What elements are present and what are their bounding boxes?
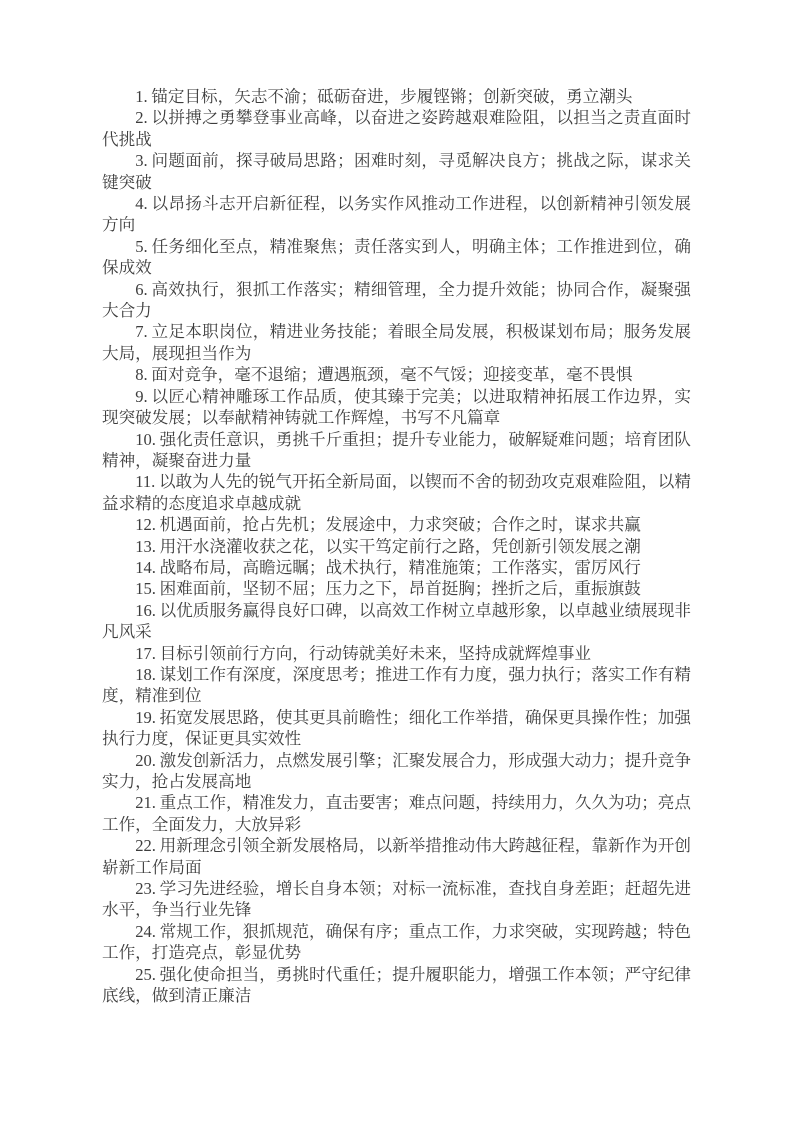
item-number: 11. xyxy=(135,472,155,491)
list-item: 16.以优质服务赢得良好口碑，以高效工作树立卓越形象，以卓越业绩展现非凡风采 xyxy=(102,600,691,643)
item-number: 18. xyxy=(135,665,156,684)
item-text: 以昂扬斗志开启新征程，以务实作风推动工作进程，以创新精神引领发展方向 xyxy=(102,194,691,234)
item-number: 3. xyxy=(135,151,147,170)
list-item: 14.战略布局，高瞻远瞩；战术执行，精准施策；工作落实，雷厉风行 xyxy=(102,557,691,578)
item-text: 战略布局，高瞻远瞩；战术执行，精准施策；工作落实，雷厉风行 xyxy=(160,558,641,577)
item-text: 目标引领前行方向，行动铸就美好未来，坚持成就辉煌事业 xyxy=(160,644,591,663)
list-item: 9.以匠心精神雕琢工作品质，使其臻于完美；以进取精神拓展工作边界，实现突破发展；… xyxy=(102,386,691,429)
item-text: 困难面前，坚韧不屈；压力之下，昂首挺胸；挫折之后，重振旗鼓 xyxy=(160,579,641,598)
item-text: 机遇面前，抢占先机；发展途中，力求突破；合作之时，谋求共赢 xyxy=(160,515,641,534)
item-number: 5. xyxy=(135,237,147,256)
list-item: 1.锚定目标，矢志不渝；砥砺奋进，步履铿锵；创新突破，勇立潮头 xyxy=(102,86,691,107)
item-text: 谋划工作有深度，深度思考；推进工作有力度，强力执行；落实工作有精度，精准到位 xyxy=(102,665,691,705)
item-text: 锚定目标，矢志不渝；砥砺奋进，步履铿锵；创新突破，勇立潮头 xyxy=(151,87,632,106)
item-text: 学习先进经验，增长自身本领；对标一流标准，查找自身差距；赶超先进水平，争当行业先… xyxy=(102,879,691,919)
item-text: 高效执行，狠抓工作落实；精细管理，全力提升效能；协同合作，凝聚强大合力 xyxy=(102,280,691,320)
item-number: 1. xyxy=(135,87,147,106)
item-text: 用新理念引领全新发展格局，以新举措推动伟大跨越征程，靠新作为开创崭新工作局面 xyxy=(102,836,691,876)
item-number: 10. xyxy=(135,430,156,449)
item-text: 以拼搏之勇攀登事业高峰，以奋进之姿跨越艰难险阻，以担当之责直面时代挑战 xyxy=(102,108,691,148)
item-text: 立足本职岗位，精进业务技能；着眼全局发展，积极谋划布局；服务发展大局，展现担当作… xyxy=(102,322,691,362)
item-number: 15. xyxy=(135,579,156,598)
list-item: 3.问题面前，探寻破局思路；困难时刻，寻觅解决良方；挑战之际，谋求关键突破 xyxy=(102,150,691,193)
item-number: 14. xyxy=(135,558,156,577)
item-number: 23. xyxy=(135,879,156,898)
list-item: 15.困难面前，坚韧不屈；压力之下，昂首挺胸；挫折之后，重振旗鼓 xyxy=(102,578,691,599)
item-number: 22. xyxy=(135,836,156,855)
item-number: 19. xyxy=(135,708,156,727)
item-text: 拓宽发展思路，使其更具前瞻性；细化工作举措，确保更具操作性；加强执行力度，保证更… xyxy=(102,708,691,748)
item-text: 面对竞争，毫不退缩；遭遇瓶颈，毫不气馁；迎接变革，毫不畏惧 xyxy=(151,365,632,384)
item-text: 问题面前，探寻破局思路；困难时刻，寻觅解决良方；挑战之际，谋求关键突破 xyxy=(102,151,691,191)
list-item: 6.高效执行，狠抓工作落实；精细管理，全力提升效能；协同合作，凝聚强大合力 xyxy=(102,279,691,322)
item-number: 7. xyxy=(135,322,147,341)
item-text: 以匠心精神雕琢工作品质，使其臻于完美；以进取精神拓展工作边界，实现突破发展；以奉… xyxy=(102,387,691,427)
list-item: 5.任务细化至点，精准聚焦；责任落实到人，明确主体；工作推进到位，确保成效 xyxy=(102,236,691,279)
list-item: 4.以昂扬斗志开启新征程，以务实作风推动工作进程，以创新精神引领发展方向 xyxy=(102,193,691,236)
list-item: 12.机遇面前，抢占先机；发展途中，力求突破；合作之时，谋求共赢 xyxy=(102,514,691,535)
item-number: 16. xyxy=(135,601,156,620)
item-text: 常规工作，狠抓规范，确保有序；重点工作，力求突破，实现跨越；特色工作，打造亮点，… xyxy=(102,922,691,962)
item-number: 4. xyxy=(135,194,147,213)
list-item: 10.强化责任意识，勇挑千斤重担；提升专业能力，破解疑难问题；培育团队精神，凝聚… xyxy=(102,429,691,472)
item-text: 以优质服务赢得良好口碑，以高效工作树立卓越形象，以卓越业绩展现非凡风采 xyxy=(102,601,691,641)
list-item: 25.强化使命担当，勇挑时代重任；提升履职能力，增强工作本领；严守纪律底线，做到… xyxy=(102,964,691,1007)
item-number: 21. xyxy=(135,793,156,812)
list-item: 18.谋划工作有深度，深度思考；推进工作有力度，强力执行；落实工作有精度，精准到… xyxy=(102,664,691,707)
list-item: 7.立足本职岗位，精进业务技能；着眼全局发展，积极谋划布局；服务发展大局，展现担… xyxy=(102,321,691,364)
list-item: 8.面对竞争，毫不退缩；遭遇瓶颈，毫不气馁；迎接变革，毫不畏惧 xyxy=(102,364,691,385)
list-item: 23.学习先进经验，增长自身本领；对标一流标准，查找自身差距；赶超先进水平，争当… xyxy=(102,878,691,921)
item-number: 2. xyxy=(135,108,147,127)
list-item: 13.用汗水浇灌收获之花，以实干笃定前行之路，凭创新引领发展之潮 xyxy=(102,536,691,557)
item-number: 24. xyxy=(135,922,156,941)
item-number: 17. xyxy=(135,644,156,663)
item-number: 12. xyxy=(135,515,156,534)
list-item: 11.以敢为人先的锐气开拓全新局面，以锲而不舍的韧劲攻克艰难险阻，以精益求精的态… xyxy=(102,471,691,514)
item-text: 任务细化至点，精准聚焦；责任落实到人，明确主体；工作推进到位，确保成效 xyxy=(102,237,691,277)
item-text: 强化责任意识，勇挑千斤重担；提升专业能力，破解疑难问题；培育团队精神，凝聚奋进力… xyxy=(102,430,691,470)
item-number: 9. xyxy=(135,387,147,406)
item-number: 13. xyxy=(135,537,156,556)
list-item: 24.常规工作，狠抓规范，确保有序；重点工作，力求突破，实现跨越；特色工作，打造… xyxy=(102,921,691,964)
list-item: 17.目标引领前行方向，行动铸就美好未来，坚持成就辉煌事业 xyxy=(102,643,691,664)
item-number: 20. xyxy=(135,751,156,770)
item-text: 用汗水浇灌收获之花，以实干笃定前行之路，凭创新引领发展之潮 xyxy=(160,537,641,556)
item-text: 强化使命担当，勇挑时代重任；提升履职能力，增强工作本领；严守纪律底线，做到清正廉… xyxy=(102,965,691,1005)
list-item: 2.以拼搏之勇攀登事业高峰，以奋进之姿跨越艰难险阻，以担当之责直面时代挑战 xyxy=(102,107,691,150)
list-item: 19.拓宽发展思路，使其更具前瞻性；细化工作举措，确保更具操作性；加强执行力度，… xyxy=(102,707,691,750)
item-number: 6. xyxy=(135,280,147,299)
list-item: 20.激发创新活力，点燃发展引擎；汇聚发展合力，形成强大动力；提升竞争实力，抢占… xyxy=(102,750,691,793)
list-item: 21.重点工作，精准发力，直击要害；难点问题，持续用力，久久为功；亮点工作，全面… xyxy=(102,792,691,835)
document-page: 1.锚定目标，矢志不渝；砥砺奋进，步履铿锵；创新突破，勇立潮头 2.以拼搏之勇攀… xyxy=(0,0,793,1122)
item-text: 重点工作，精准发力，直击要害；难点问题，持续用力，久久为功；亮点工作，全面发力，… xyxy=(102,793,691,833)
list-item: 22.用新理念引领全新发展格局，以新举措推动伟大跨越征程，靠新作为开创崭新工作局… xyxy=(102,835,691,878)
item-text: 以敢为人先的锐气开拓全新局面，以锲而不舍的韧劲攻克艰难险阻，以精益求精的态度追求… xyxy=(102,472,691,512)
item-number: 8. xyxy=(135,365,147,384)
item-text: 激发创新活力，点燃发展引擎；汇聚发展合力，形成强大动力；提升竞争实力，抢占发展高… xyxy=(102,751,691,791)
item-number: 25. xyxy=(135,965,156,984)
